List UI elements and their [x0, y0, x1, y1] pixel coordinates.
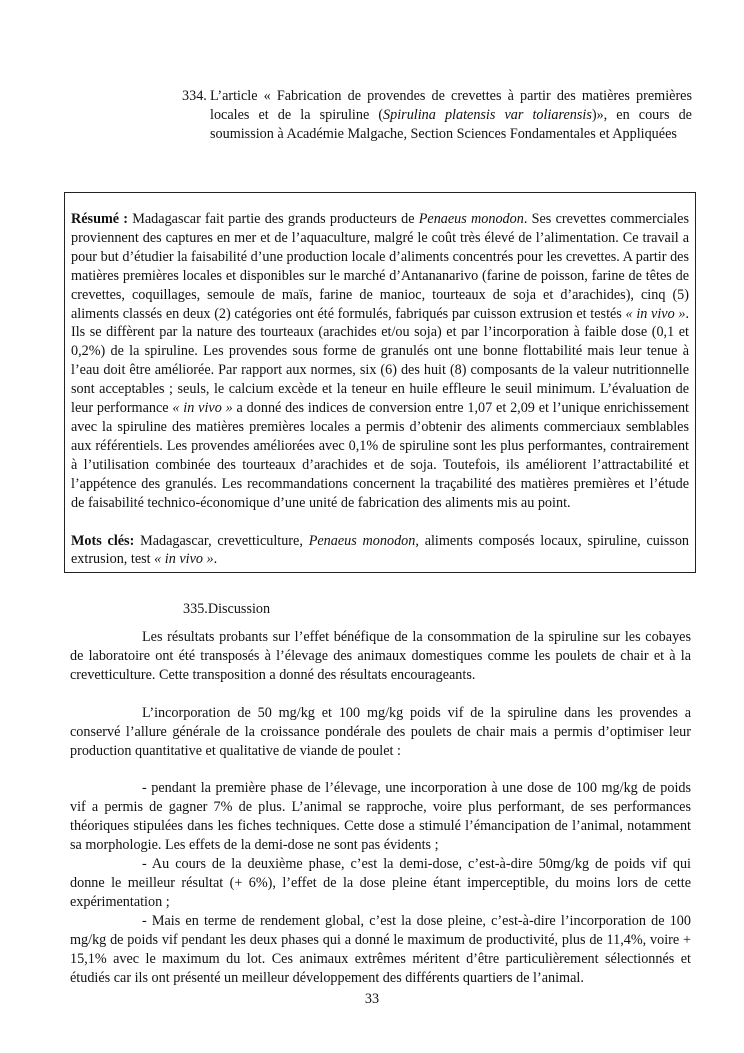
keywords-label: Mots clés: [71, 533, 134, 549]
in-vivo-term: « in vivo » [626, 306, 686, 322]
item-number: 334. [182, 87, 207, 106]
abstract-label: Résumé : [71, 211, 128, 227]
discussion-paragraph-1: Les résultats probants sur l’effet bénéf… [70, 628, 691, 685]
discussion-paragraph-2: L’incorporation de 50 mg/kg et 100 mg/kg… [70, 704, 691, 761]
species-name: Spirulina platensis var toliarensis [383, 107, 592, 123]
bullet-phase-2: - Au cours de la deuxième phase, c’est l… [70, 855, 691, 912]
item-text: L’article « Fabrication de provendes de … [182, 87, 692, 144]
in-vivo-term: « in vivo » [172, 400, 232, 416]
abstract-text: . Ses crevettes commerciales proviennent… [71, 211, 689, 322]
bullet-global-yield: - Mais en terme de rendement global, c’e… [70, 912, 691, 988]
abstract-box: Résumé : Madagascar fait partie des gran… [64, 192, 696, 573]
page-number: 33 [0, 990, 744, 1009]
keywords-text: Madagascar, crevetticulture, [134, 533, 308, 549]
species-name: Penaeus monodon, [309, 533, 419, 549]
abstract-text: Madagascar fait partie des grands produc… [128, 211, 419, 227]
keywords-text: . [214, 551, 218, 567]
in-vivo-term: « in vivo » [154, 551, 214, 567]
keywords-paragraph: Mots clés: Madagascar, crevetticulture, … [71, 532, 689, 570]
list-item-334: 334. L’article « Fabrication de provende… [182, 87, 692, 144]
species-name: Penaeus monodon [419, 211, 524, 227]
discussion-body: Les résultats probants sur l’effet bénéf… [70, 628, 691, 987]
abstract-paragraph: Résumé : Madagascar fait partie des gran… [71, 210, 689, 513]
bullet-phase-1: - pendant la première phase de l’élevage… [70, 779, 691, 855]
abstract-text: a donné des indices de conversion entre … [71, 400, 689, 511]
section-heading: 335.Discussion [183, 600, 270, 619]
